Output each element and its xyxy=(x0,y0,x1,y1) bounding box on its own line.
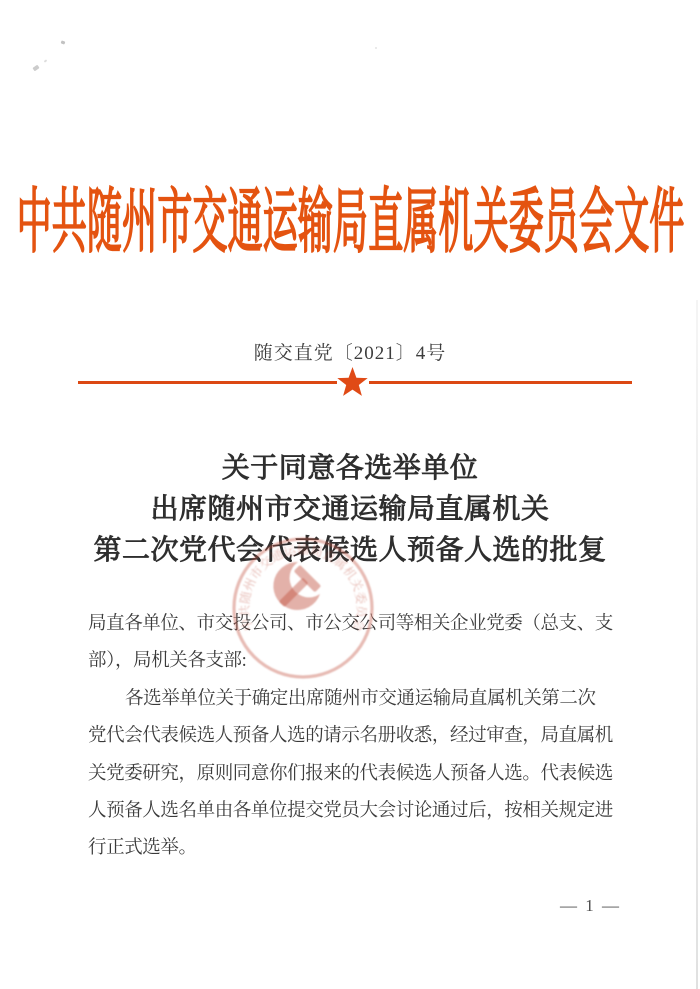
body-line: 党代会代表候选人预备人选的请示名册收悉，经过审查，局直属机 xyxy=(88,718,618,755)
page-number: — 1 — xyxy=(560,896,621,916)
red-separator-line xyxy=(369,381,632,384)
scan-edge-shadow xyxy=(696,300,698,989)
document-title-line: 出席随州市交通运输局直属机关 xyxy=(0,489,700,530)
body-line: 关党委研究，原则同意你们报来的代表候选人预备人选。代表候选 xyxy=(88,756,618,793)
doc-number: 随交直党〔2021〕4号 xyxy=(0,338,700,365)
salutation-line: 局直各单位、市交投公司、市公交公司等相关企业党委（总支、支 xyxy=(88,606,618,643)
body-line: 行正式选举。 xyxy=(88,830,618,867)
body-line: 各选举单位关于确定出席随州市交通运输局直属机关第二次 xyxy=(88,681,618,718)
red-separator-line xyxy=(78,381,337,384)
scan-speck xyxy=(375,47,377,49)
document-body: 局直各单位、市交投公司、市公交公司等相关企业党委（总支、支 部），局机关各支部:… xyxy=(88,606,618,868)
document-title-line: 关于同意各选举单位 xyxy=(0,448,700,489)
salutation-line: 部），局机关各支部: xyxy=(88,643,618,680)
letterhead-title: 中共随州市交通运输局直属机关委员会文件 xyxy=(0,186,700,260)
scan-speck xyxy=(32,65,39,72)
red-star-icon xyxy=(336,367,369,398)
document-title: 关于同意各选举单位 出席随州市交通运输局直属机关 第二次党代会代表候选人预备人选… xyxy=(0,448,700,571)
scan-speck xyxy=(61,40,66,44)
body-line: 人预备人选名单由各单位提交党员大会讨论通过后，按相关规定进 xyxy=(88,793,618,830)
scan-speck xyxy=(44,59,48,62)
document-title-line: 第二次党代会代表候选人预备人选的批复 xyxy=(0,530,700,571)
document-page: 中共随州市交通运输局直属机关委员会文件 随交直党〔2021〕4号 关于同意各选举… xyxy=(0,0,700,989)
letterhead-title-text: 中共随州市交通运输局直属机关委员会文件 xyxy=(16,186,684,260)
